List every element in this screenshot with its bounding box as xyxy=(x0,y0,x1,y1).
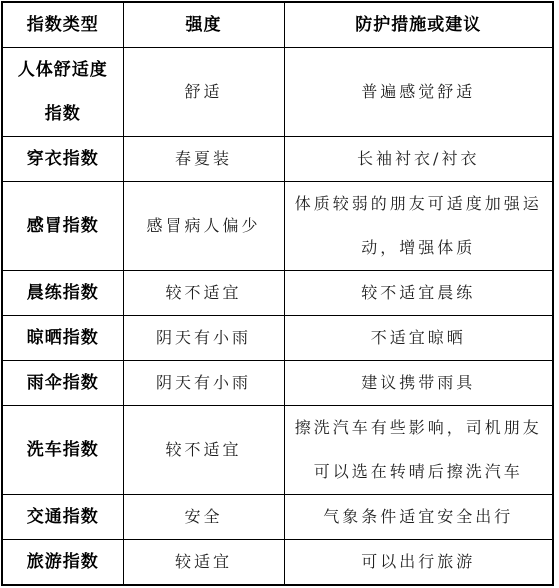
table-row: 人体舒适度 指数 舒适 普遍感觉舒适 xyxy=(2,48,553,137)
table-row: 晾晒指数 阴天有小雨 不适宜晾晒 xyxy=(2,316,553,361)
cell-index-type: 洗车指数 xyxy=(2,406,123,495)
table-row: 感冒指数 感冒病人偏少 体质较弱的朋友可适度加强运 动，增强体质 xyxy=(2,182,553,271)
cell-intensity: 阴天有小雨 xyxy=(123,316,284,361)
cell-index-type: 交通指数 xyxy=(2,495,123,540)
header-row: 指数类型 强度 防护措施或建议 xyxy=(2,2,553,48)
column-header-intensity: 强度 xyxy=(123,2,284,48)
table-row: 交通指数 安全 气象条件适宜安全出行 xyxy=(2,495,553,540)
table-row: 旅游指数 较适宜 可以出行旅游 xyxy=(2,540,553,586)
cell-index-type: 晨练指数 xyxy=(2,271,123,316)
cell-intensity: 较适宜 xyxy=(123,540,284,586)
cell-intensity: 春夏装 xyxy=(123,137,284,182)
cell-advice: 较不适宜晨练 xyxy=(284,271,553,316)
cell-advice: 普遍感觉舒适 xyxy=(284,48,553,137)
column-header-index-type: 指数类型 xyxy=(2,2,123,48)
cell-advice: 长袖衬衣/衬衣 xyxy=(284,137,553,182)
cell-advice: 气象条件适宜安全出行 xyxy=(284,495,553,540)
cell-intensity: 感冒病人偏少 xyxy=(123,182,284,271)
cell-index-type: 晾晒指数 xyxy=(2,316,123,361)
cell-advice: 不适宜晾晒 xyxy=(284,316,553,361)
cell-advice: 擦洗汽车有些影响，司机朋友 可以选在转晴后擦洗汽车 xyxy=(284,406,553,495)
cell-intensity: 较不适宜 xyxy=(123,406,284,495)
table-row: 雨伞指数 阴天有小雨 建议携带雨具 xyxy=(2,361,553,406)
cell-intensity: 舒适 xyxy=(123,48,284,137)
cell-advice: 体质较弱的朋友可适度加强运 动，增强体质 xyxy=(284,182,553,271)
cell-advice: 可以出行旅游 xyxy=(284,540,553,586)
cell-intensity: 安全 xyxy=(123,495,284,540)
cell-advice: 建议携带雨具 xyxy=(284,361,553,406)
cell-index-type: 穿衣指数 xyxy=(2,137,123,182)
table-row: 洗车指数 较不适宜 擦洗汽车有些影响，司机朋友 可以选在转晴后擦洗汽车 xyxy=(2,406,553,495)
table-row: 穿衣指数 春夏装 长袖衬衣/衬衣 xyxy=(2,137,553,182)
cell-intensity: 阴天有小雨 xyxy=(123,361,284,406)
table-row: 晨练指数 较不适宜 较不适宜晨练 xyxy=(2,271,553,316)
cell-index-type: 旅游指数 xyxy=(2,540,123,586)
cell-index-type: 雨伞指数 xyxy=(2,361,123,406)
cell-index-type: 感冒指数 xyxy=(2,182,123,271)
weather-index-table: 指数类型 强度 防护措施或建议 人体舒适度 指数 舒适 普遍感觉舒适 穿衣指数 … xyxy=(1,1,554,586)
cell-intensity: 较不适宜 xyxy=(123,271,284,316)
cell-index-type: 人体舒适度 指数 xyxy=(2,48,123,137)
column-header-advice: 防护措施或建议 xyxy=(284,2,553,48)
